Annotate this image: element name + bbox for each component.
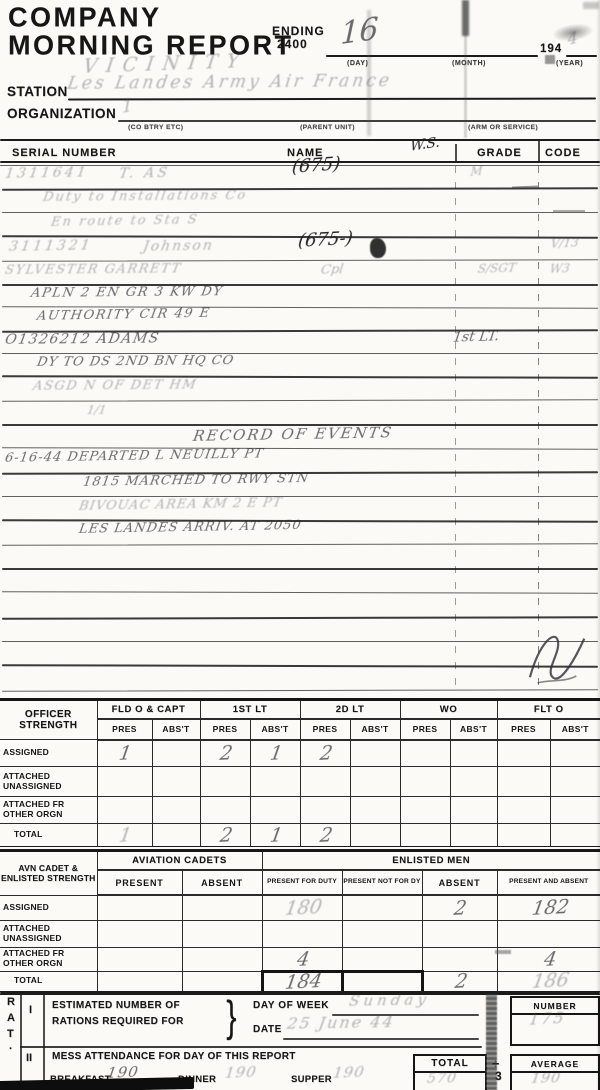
breakfast-label: BREAKFAST <box>50 1074 111 1085</box>
strength-cell <box>497 920 600 947</box>
enlisted-strength-table: AVN CADET & ENLISTED STRENGTH AVIATION C… <box>0 850 600 995</box>
handwritten-entry: DY TO DS 2ND BN HQ CO <box>36 354 235 369</box>
handwritten-count: 2 <box>319 748 333 762</box>
strength-cell <box>97 920 182 947</box>
row-label: ASSIGNED <box>0 740 97 767</box>
handwritten-entry: LES LANDES ARRIV. AT 2050 <box>78 519 303 536</box>
officer-strength-corner-label: OFFICER STRENGTH <box>0 700 97 740</box>
handwritten-entry: (675) <box>291 155 341 177</box>
officer-strength-table: OFFICER STRENGTH FLD O & CAPT 1ST LT 2D … <box>0 698 600 850</box>
row-label: ATTACHED UNASSIGNED <box>0 920 97 947</box>
group-wo: WO <box>400 700 497 719</box>
subheader-pres: PRES <box>97 719 152 740</box>
row-label: ASSIGNED <box>0 895 97 920</box>
strength-cell <box>97 971 182 993</box>
strength-cell <box>400 740 450 767</box>
hw-number: 175 <box>528 1010 566 1028</box>
subheader-pres: PRES <box>400 719 450 740</box>
group-enlisted-men: ENLISTED MEN <box>262 851 600 870</box>
subheader-abst: ABS'T <box>550 719 600 740</box>
rations-row-divider <box>20 1046 482 1048</box>
strength-cell <box>182 947 262 971</box>
divide-by-three: 3 <box>495 1069 502 1083</box>
row-label: ATTACHED UNASSIGNED <box>0 767 97 797</box>
strength-cell: 2 <box>422 971 497 993</box>
strength-cell <box>342 895 422 920</box>
strength-cell <box>97 947 182 971</box>
strength-cell <box>497 824 550 848</box>
strength-cell <box>450 824 497 848</box>
handwritten-entry: Duty to Installations Co <box>42 189 248 204</box>
handwritten-count: 2 <box>219 748 233 762</box>
subheader-absent: ABSENT <box>182 870 262 895</box>
handwritten-entry: S/SGT <box>477 262 517 275</box>
strength-cell <box>350 824 400 848</box>
hw-header-note: W.S. <box>410 136 440 154</box>
handwritten-entry: RECORD OF EVENTS <box>192 425 394 444</box>
subheader-abst: ABS'T <box>450 719 497 740</box>
strength-cell <box>152 740 200 767</box>
strength-cell <box>450 740 497 767</box>
handwritten-count: 2 <box>319 829 333 843</box>
rations-top-rule <box>0 992 600 994</box>
handwritten-count: 1 <box>118 829 132 843</box>
handwritten-entry: T. AS <box>118 166 171 181</box>
handwritten-count: 1 <box>269 829 283 843</box>
strength-cell <box>182 920 262 947</box>
hw-mess-total: 570 <box>426 1071 458 1086</box>
strength-cell <box>200 767 250 797</box>
rat-divider-2 <box>43 994 45 1090</box>
supper-label: SUPPER <box>291 1074 332 1085</box>
strength-cell <box>422 947 497 971</box>
strength-cell: 4 <box>262 947 342 971</box>
strength-row: ATTACHED UNASSIGNED <box>0 920 600 947</box>
strength-cell <box>342 971 422 993</box>
row-label: TOTAL <box>0 824 97 848</box>
handwritten-count: 180 <box>284 901 323 916</box>
strength-cell <box>550 767 600 797</box>
strength-row: TOTAL1212 <box>0 824 600 848</box>
strength-row: ATTACHED FR OTHER ORGN44 <box>0 947 600 971</box>
rat-letter-r: R <box>7 996 15 1008</box>
handwritten-entry: V/13 <box>550 236 579 250</box>
hw-year-digit: 4 <box>567 30 578 48</box>
strength-cell <box>152 797 200 824</box>
strength-cell <box>497 797 550 824</box>
hw-ending-day: 16 <box>340 14 379 50</box>
strength-cell <box>300 767 350 797</box>
strength-cell <box>152 824 200 848</box>
strength-cell: 1 <box>97 824 152 848</box>
strength-cell <box>182 895 262 920</box>
strength-cell <box>350 740 400 767</box>
strength-cell <box>450 797 497 824</box>
strength-cell: 2 <box>200 824 250 848</box>
hw-day-of-week: Sunday <box>348 993 431 1009</box>
hw-organization: 1 <box>122 98 133 117</box>
rat-letter-a: A <box>7 1012 15 1024</box>
group-1st-lt: 1ST LT <box>200 700 300 719</box>
handwritten-entry: 6-16-44 DEPARTED L NEUILLY PT <box>4 447 265 465</box>
rat-letter-t: T <box>7 1028 14 1040</box>
strength-cell: 1 <box>250 824 300 848</box>
strength-row: ASSIGNED1212 <box>0 740 600 767</box>
mess-attendance-label: MESS ATTENDANCE FOR DAY OF THIS REPORT <box>52 1051 296 1062</box>
strength-cell <box>182 971 262 993</box>
handwritten-count: 2 <box>219 829 233 843</box>
rat-letter-dot: . <box>9 1040 12 1052</box>
handwritten-entry: O1326212 ADAMS <box>4 332 161 347</box>
strength-cell: 186 <box>497 971 600 993</box>
hw-average: 190 <box>530 1071 562 1086</box>
handwritten-entry: BIVOUAC AREA KM 2 E PT <box>78 496 283 513</box>
subheader-present-for-duty: PRESENT FOR DUTY <box>262 870 342 895</box>
handwritten-entry: Cpl <box>320 263 344 277</box>
strength-cell <box>200 797 250 824</box>
date-line <box>283 1038 479 1040</box>
strength-cell <box>97 895 182 920</box>
strength-row: TOTAL1842186 <box>0 971 600 993</box>
strength-cell <box>400 767 450 797</box>
handwritten-entry: 1815 MARCHED TO RWY STN <box>82 472 310 489</box>
handwritten-entry: M <box>470 165 483 178</box>
hw-supper: 190 <box>332 1065 366 1081</box>
day-of-week-label: DAY OF WEEK <box>253 1000 329 1011</box>
handwritten-count: 186 <box>531 974 570 989</box>
group-2d-lt: 2D LT <box>300 700 400 719</box>
brace-glyph: } <box>226 992 236 1042</box>
strength-cell: 1 <box>250 740 300 767</box>
subheader-present-and-absent: PRESENT AND ABSENT <box>497 870 600 895</box>
handwritten-entry: (675-) <box>297 230 354 251</box>
handwritten-entry: Johnson <box>142 239 215 254</box>
strength-cell <box>152 767 200 797</box>
strength-cell <box>262 920 342 947</box>
strength-cell: 180 <box>262 895 342 920</box>
dinner-label: DINNER <box>178 1074 216 1085</box>
handwritten-entry: W3 <box>549 262 571 275</box>
strength-cell <box>350 797 400 824</box>
handwritten-count: 1 <box>118 748 132 762</box>
subheader-abst: ABS'T <box>152 719 200 740</box>
handwritten-entry: AUTHORITY CIR 49 E <box>36 307 212 323</box>
strength-cell <box>97 797 152 824</box>
strength-cell: 2 <box>422 895 497 920</box>
rations-row1-numeral: I <box>29 1004 32 1016</box>
handwritten-count: 182 <box>531 901 570 916</box>
strength-row: ATTACHED FR OTHER ORGN <box>0 797 600 824</box>
handwritten-entry: En route to Sta S <box>50 213 200 229</box>
handwritten-entry: 1st LT. <box>452 329 500 345</box>
strength-cell: 184 <box>262 971 342 993</box>
strength-cell <box>422 920 497 947</box>
group-aviation-cadets: AVIATION CADETS <box>97 851 262 870</box>
strength-cell <box>250 767 300 797</box>
strength-cell <box>450 767 497 797</box>
hw-station: Les Landes Army Air France <box>66 73 393 93</box>
subheader-pres: PRES <box>300 719 350 740</box>
hw-date: 25 June 44 <box>286 1014 396 1032</box>
group-fldo-capt: FLD O & CAPT <box>97 700 200 719</box>
strength-cell <box>342 947 422 971</box>
subheader-pres: PRES <box>200 719 250 740</box>
handwritten-entry: SYLVESTER GARRETT <box>4 262 183 277</box>
strength-cell: 2 <box>300 824 350 848</box>
morning-report-scan: COMPANY MORNING REPORT ENDING 2400 194 (… <box>0 0 600 1090</box>
group-flt-o: FLT O <box>497 700 600 719</box>
handwritten-entry: 1/1 <box>86 404 107 416</box>
subheader-absent-enlisted: ABSENT <box>422 870 497 895</box>
handwritten-count: 184 <box>284 975 323 990</box>
strength-cell <box>350 767 400 797</box>
estimated-rations-line2: RATIONS REQUIRED FOR <box>52 1016 184 1027</box>
subheader-abst: ABS'T <box>350 719 400 740</box>
hw-breakfast: 190 <box>106 1065 140 1081</box>
strength-cell <box>300 797 350 824</box>
handwritten-entry: APLN 2 EN GR 3 KW DY <box>30 285 224 300</box>
row-label: TOTAL <box>0 971 97 993</box>
strength-cell <box>342 920 422 947</box>
strength-cell <box>550 797 600 824</box>
avn-cadet-corner-label: AVN CADET & ENLISTED STRENGTH <box>0 851 97 895</box>
row-label: ATTACHED FR OTHER ORGN <box>0 947 97 971</box>
strength-cell <box>550 740 600 767</box>
subheader-present-not-for-dy: PRESENT NOT FOR DY <box>342 870 422 895</box>
handwritten-entry: ASGD N OF DET HM <box>32 379 198 393</box>
strength-cell <box>400 797 450 824</box>
handwritten-entry: 1311641 <box>4 166 90 181</box>
handwritten-count: 4 <box>543 953 557 967</box>
strength-row: ATTACHED UNASSIGNED <box>0 767 600 797</box>
subheader-pres: PRES <box>497 719 550 740</box>
strength-cell: 2 <box>300 740 350 767</box>
handwritten-count: 2 <box>454 975 468 989</box>
strength-cell <box>97 767 152 797</box>
strength-cell <box>497 767 550 797</box>
handwritten-count: 1 <box>269 748 283 762</box>
subheader-present: PRESENT <box>97 870 182 895</box>
strength-cell <box>250 797 300 824</box>
strength-row: ASSIGNED1802182 <box>0 895 600 920</box>
row-label: ATTACHED FR OTHER ORGN <box>0 797 97 824</box>
handwritten-count: 2 <box>453 902 467 916</box>
strength-cell: 1 <box>97 740 152 767</box>
handwritten-count: 4 <box>296 953 310 967</box>
subheader-abst: ABS'T <box>250 719 300 740</box>
strength-cell <box>497 740 550 767</box>
strength-cell: 2 <box>200 740 250 767</box>
rat-divider-1 <box>20 994 22 1090</box>
date-label: DATE <box>253 1024 282 1035</box>
rations-row2-numeral: II <box>26 1052 32 1064</box>
handwritten-entry: 3111321 <box>8 239 94 254</box>
strength-cell: 182 <box>497 895 600 920</box>
strength-cell <box>550 824 600 848</box>
strength-cell <box>400 824 450 848</box>
hw-dinner: 190 <box>224 1065 258 1081</box>
strength-cell: 4 <box>497 947 600 971</box>
estimated-rations-line1: ESTIMATED NUMBER OF <box>52 1000 180 1011</box>
